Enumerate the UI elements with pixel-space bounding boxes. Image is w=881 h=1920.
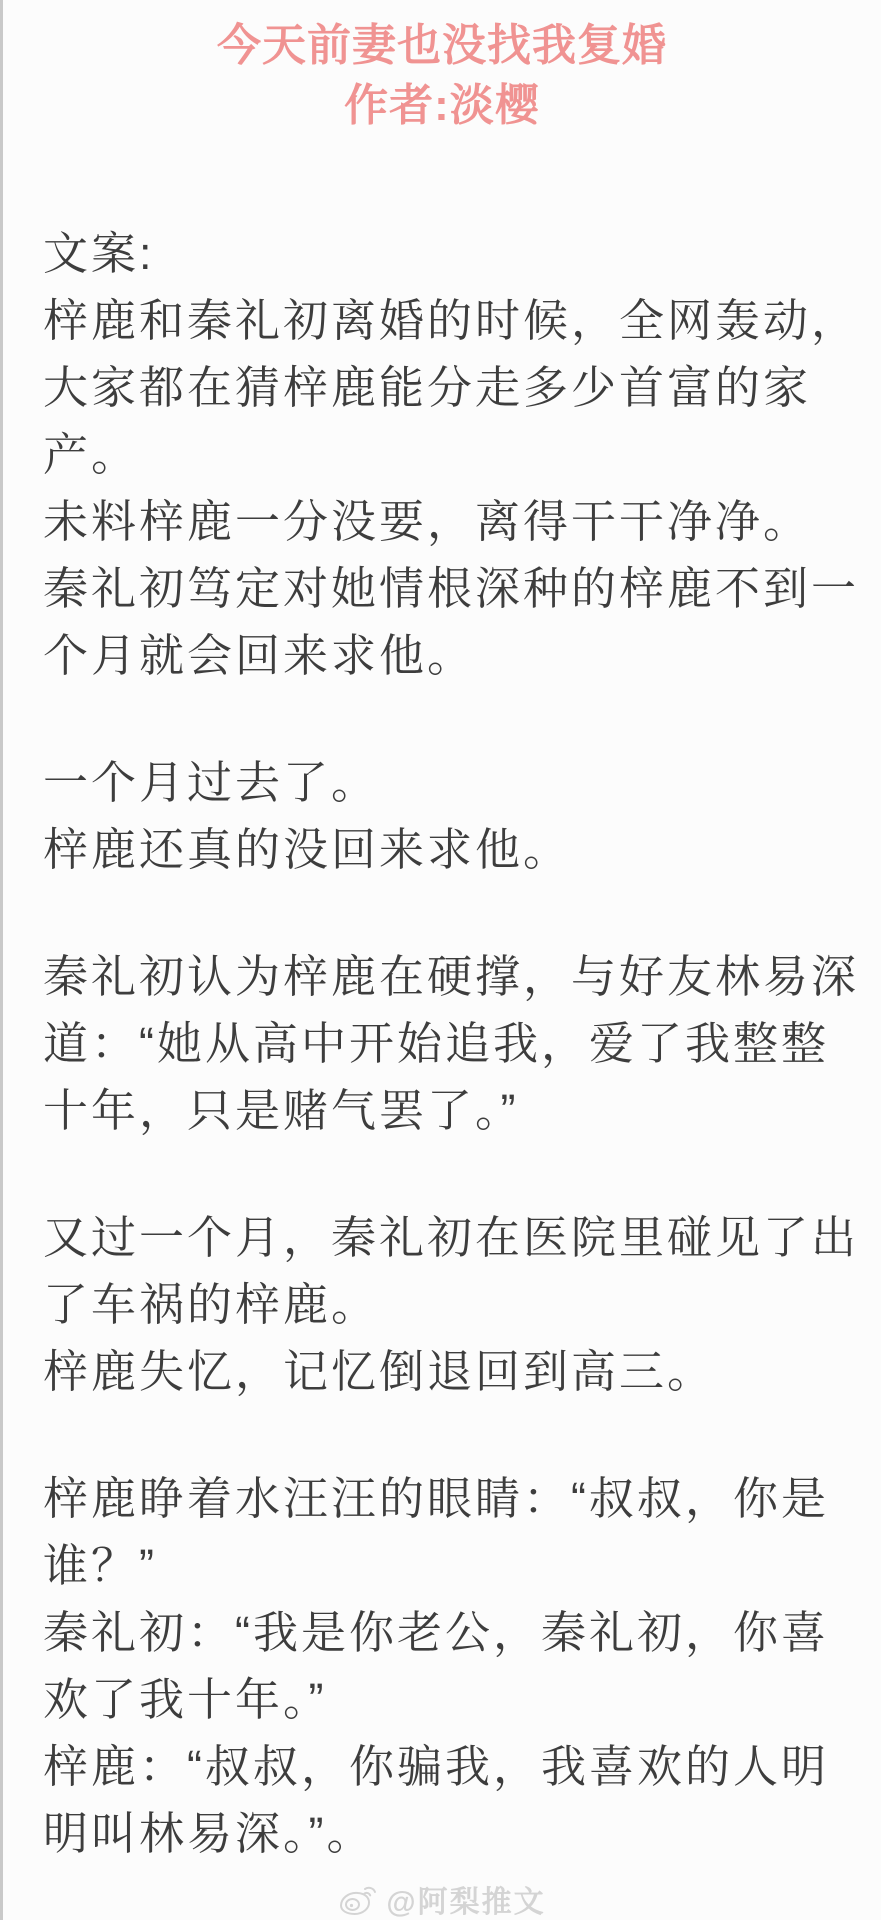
novel-title: 今天前妻也没找我复婚 [3, 16, 881, 76]
text-line: 欢了我十年。” [43, 1666, 865, 1733]
text-line: 秦礼初：“我是你老公，秦礼初，你喜 [43, 1599, 865, 1666]
text-line: 明叫林易深。”。 [43, 1800, 865, 1867]
text-line: 个月就会回来求他。 [43, 622, 865, 689]
text-line: 梓鹿：“叔叔，你骗我，我喜欢的人明 [43, 1733, 865, 1800]
paragraph: 秦礼初认为梓鹿在硬撑，与好友林易深道：“她从高中开始追我，爱了我整整十年，只是赌… [43, 943, 865, 1144]
paragraph: 文案:梓鹿和秦礼初离婚的时候，全网轰动，大家都在猜梓鹿能分走多少首富的家产。未料… [43, 220, 865, 689]
synopsis: 文案:梓鹿和秦礼初离婚的时候，全网轰动，大家都在猜梓鹿能分走多少首富的家产。未料… [3, 220, 881, 1867]
watermark: @阿梨推文 [3, 1877, 881, 1920]
text-line: 秦礼初认为梓鹿在硬撑，与好友林易深 [43, 943, 865, 1010]
watermark-handle: @阿梨推文 [386, 1877, 545, 1920]
text-line: 大家都在猜梓鹿能分走多少首富的家 [43, 354, 865, 421]
text-line: 产。 [43, 421, 865, 488]
paragraph: 又过一个月，秦礼初在医院里碰见了出了车祸的梓鹿。梓鹿失忆，记忆倒退回到高三。 [43, 1204, 865, 1405]
text-line: 梓鹿还真的没回来求他。 [43, 816, 865, 883]
paragraph: 一个月过去了。梓鹿还真的没回来求他。 [43, 749, 865, 883]
text-line: 文案: [43, 220, 865, 287]
novel-author: 作者:淡樱 [3, 76, 881, 136]
text-line: 谁？” [43, 1532, 865, 1599]
text-line: 梓鹿失忆，记忆倒退回到高三。 [43, 1338, 865, 1405]
text-line: 一个月过去了。 [43, 749, 865, 816]
weibo-icon [338, 1882, 378, 1916]
title-block: 今天前妻也没找我复婚 作者:淡樱 [3, 0, 881, 136]
text-line: 十年，只是赌气罢了。” [43, 1077, 865, 1144]
text-line: 梓鹿睁着水汪汪的眼睛：“叔叔，你是 [43, 1465, 865, 1532]
novel-intro-card: 今天前妻也没找我复婚 作者:淡樱 文案:梓鹿和秦礼初离婚的时候，全网轰动，大家都… [0, 0, 881, 1920]
text-line: 道：“她从高中开始追我，爱了我整整 [43, 1010, 865, 1077]
text-line: 了车祸的梓鹿。 [43, 1271, 865, 1338]
text-line: 秦礼初笃定对她情根深种的梓鹿不到一 [43, 555, 865, 622]
paragraph: 梓鹿睁着水汪汪的眼睛：“叔叔，你是谁？”秦礼初：“我是你老公，秦礼初，你喜欢了我… [43, 1465, 865, 1867]
text-line: 未料梓鹿一分没要，离得干干净净。 [43, 488, 865, 555]
text-line: 梓鹿和秦礼初离婚的时候，全网轰动， [43, 287, 865, 354]
text-line: 又过一个月，秦礼初在医院里碰见了出 [43, 1204, 865, 1271]
